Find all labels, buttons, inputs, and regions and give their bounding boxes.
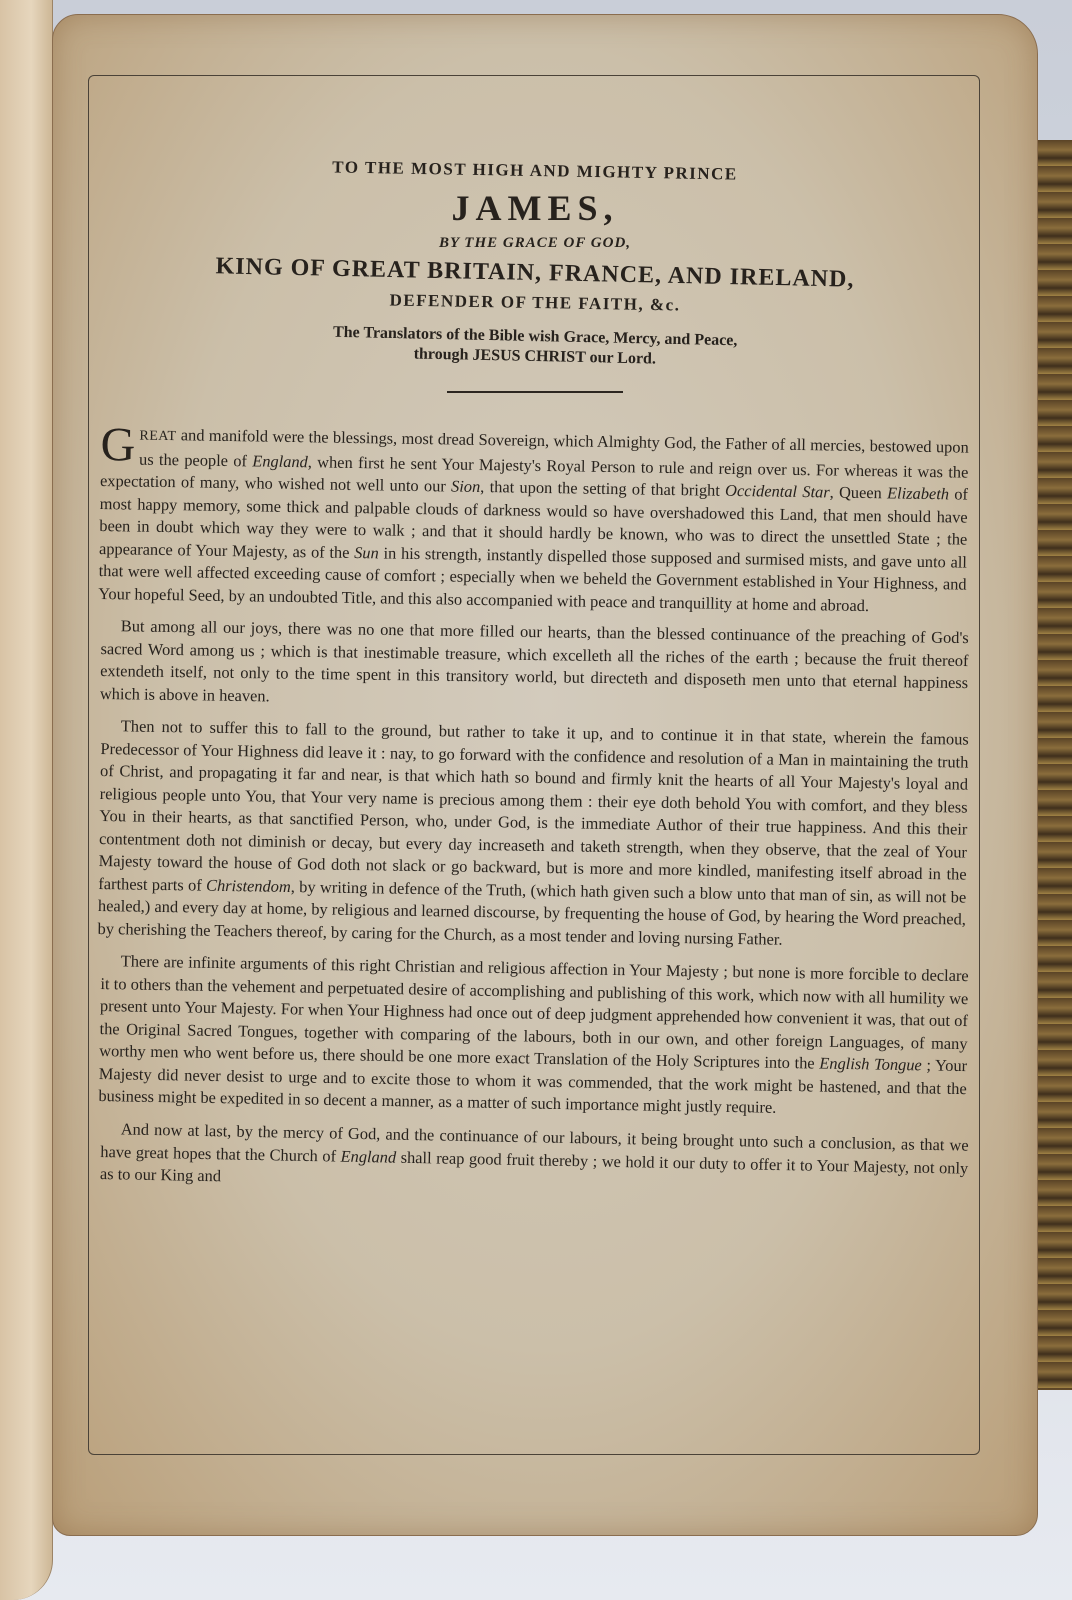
paragraph: GREAT and manifold were the blessings, m…	[98, 423, 969, 619]
ornamental-rule	[447, 391, 623, 393]
text-run: Then not to suffer this to fall to the g…	[98, 716, 969, 894]
italic-term: Occidental Star	[725, 481, 830, 502]
drop-cap: G	[100, 425, 135, 466]
paragraph: And now at last, by the mercy of God, an…	[100, 1118, 969, 1202]
italic-term: Sion	[451, 477, 480, 496]
left-page-edge	[0, 0, 53, 1600]
text-run: But among all our joys, there was no one…	[100, 616, 969, 705]
italic-term: England	[340, 1146, 396, 1166]
dedication-grace-line: BY THE GRACE OF GOD,	[101, 235, 969, 252]
paragraph: Then not to suffer this to fall to the g…	[97, 715, 968, 954]
italic-term: England	[252, 451, 308, 471]
lead-small-caps: REAT	[139, 429, 176, 445]
text-run: , Queen	[830, 482, 888, 502]
italic-term: Sun	[354, 542, 379, 561]
book-page: TO THE MOST HIGH AND MIGHTY PRINCE JAMES…	[52, 14, 1038, 1536]
dedication-to-line: TO THE MOST HIGH AND MIGHTY PRINCE	[101, 153, 969, 188]
italic-term: English Tongue	[819, 1054, 922, 1075]
paragraph: There are infinite arguments of this rig…	[98, 950, 969, 1123]
italic-term: Elizabeth	[887, 483, 949, 503]
text-run: , that upon the setting of that bright	[480, 477, 725, 500]
translators-greeting: The Translators of the Bible wish Grace,…	[101, 318, 970, 376]
page-content: TO THE MOST HIGH AND MIGHTY PRINCE JAMES…	[101, 105, 969, 1195]
italic-term: Christendom	[206, 875, 291, 895]
dedication-name: JAMES,	[101, 187, 969, 229]
dedication-body: GREAT and manifold were the blessings, m…	[101, 423, 969, 1185]
paragraph: But among all our joys, there was no one…	[100, 615, 969, 717]
